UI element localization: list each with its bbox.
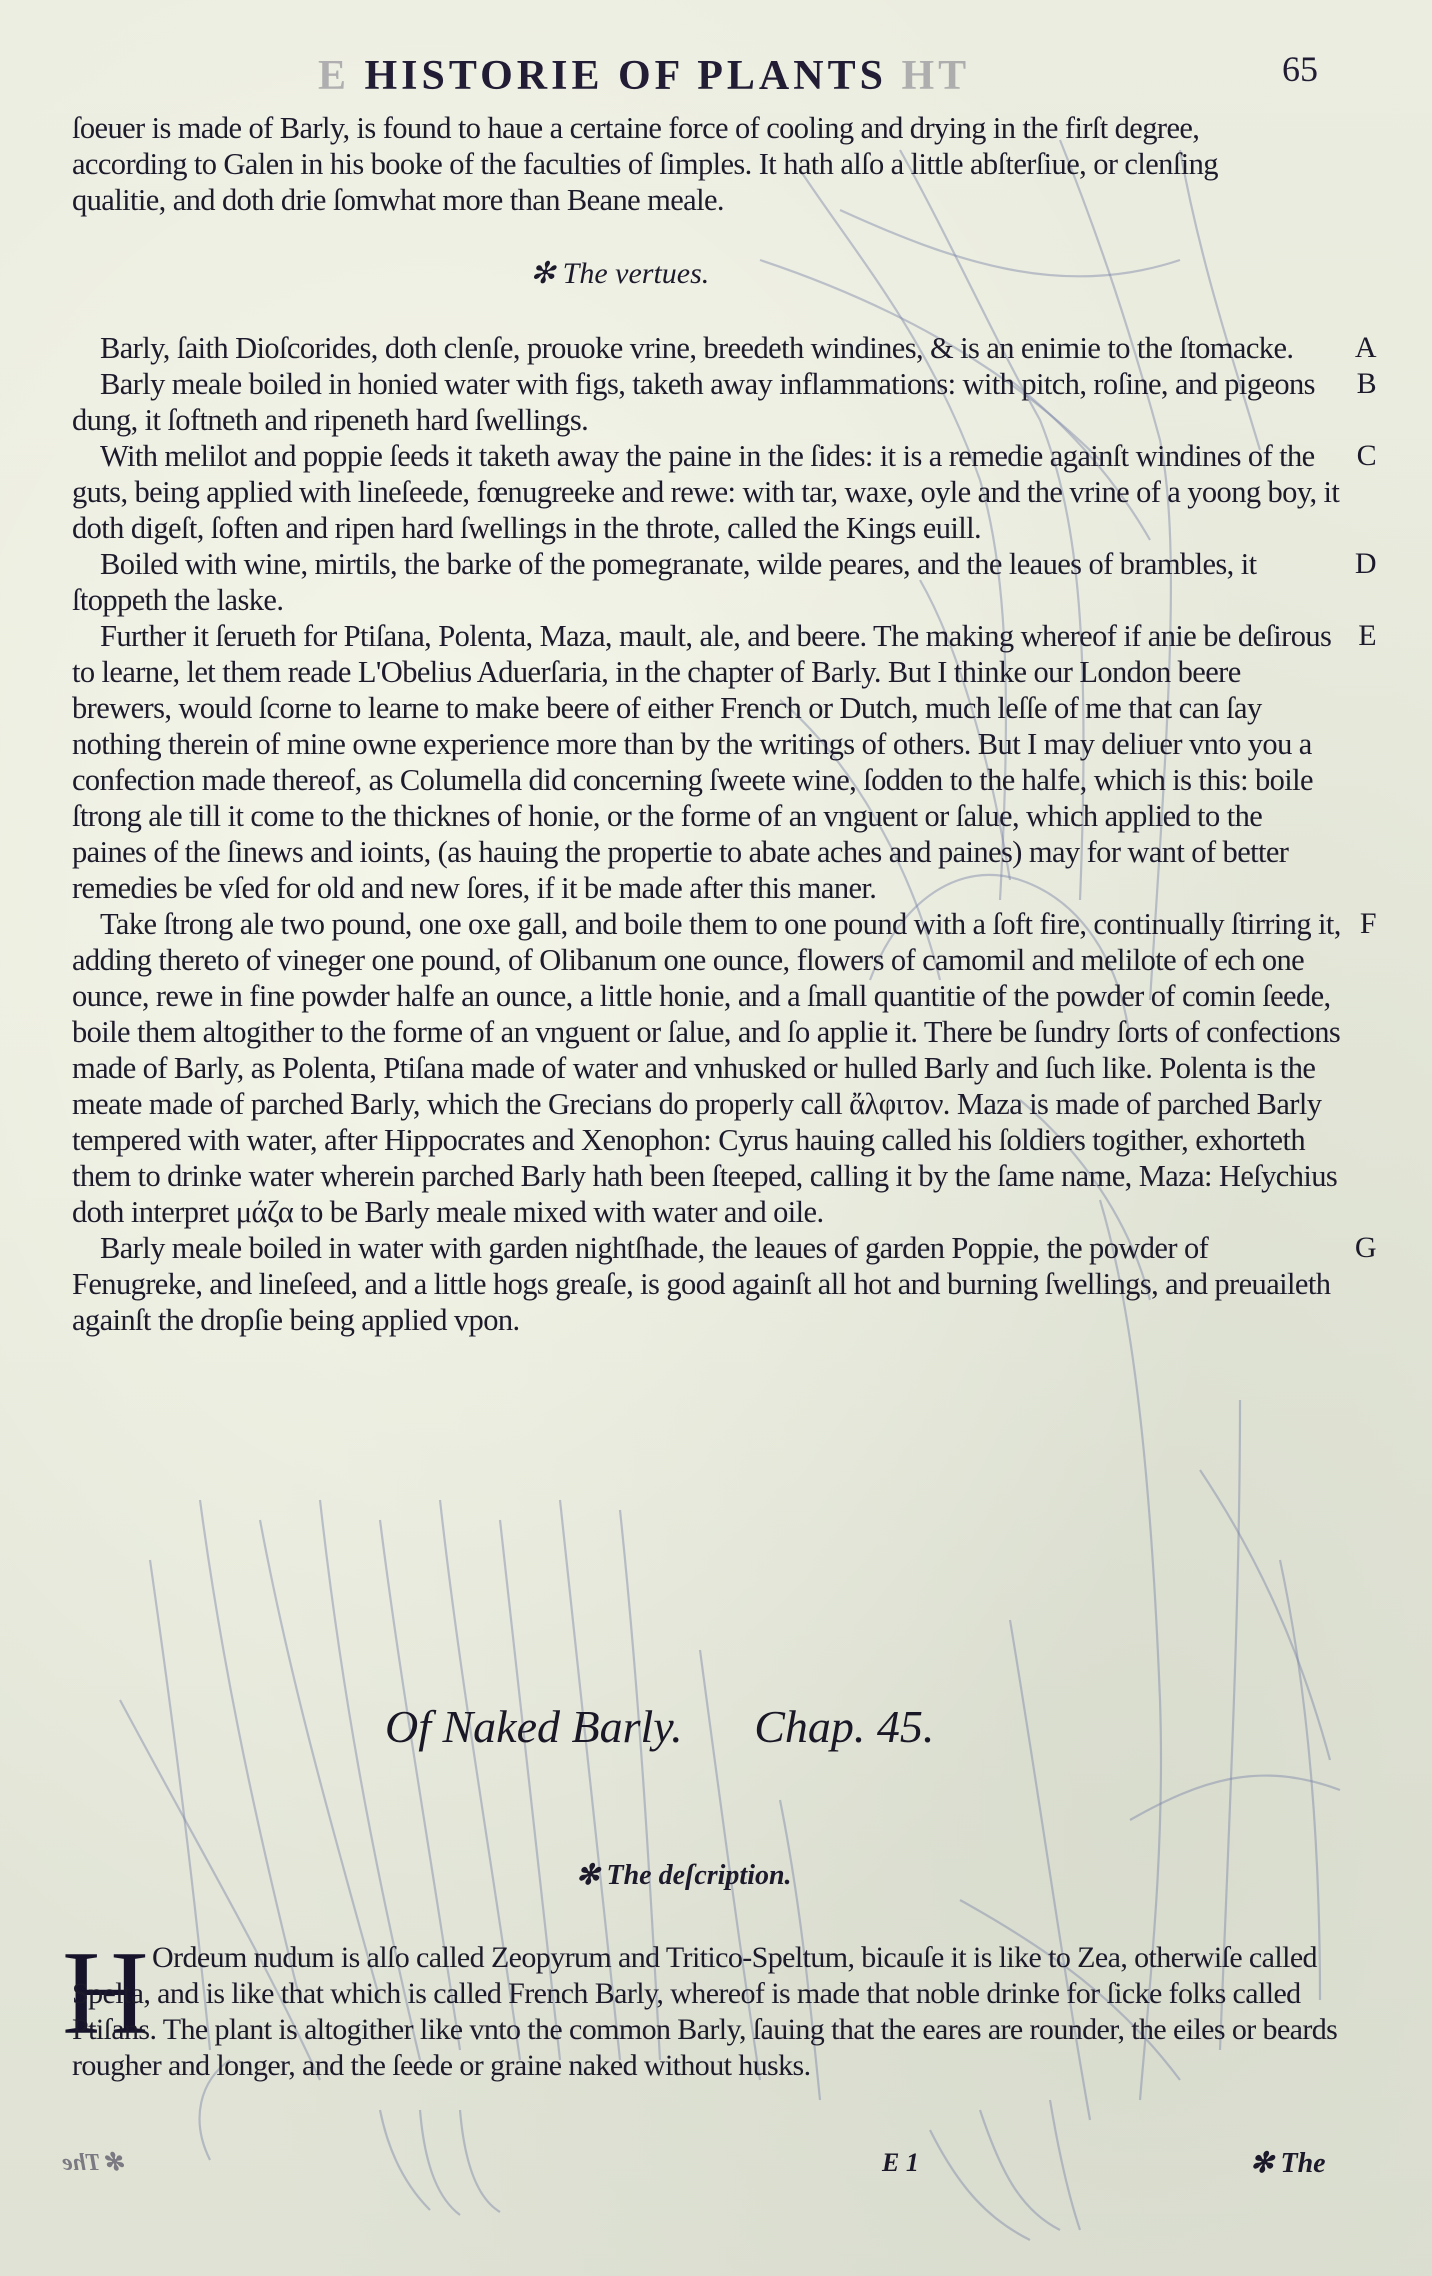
vertue-paragraph-c: With melilot and poppie ſeeds it taketh …: [72, 438, 1342, 546]
margin-letter-a: A: [1355, 330, 1376, 366]
vertue-paragraph-d: Boiled with wine, mirtils, the barke of …: [72, 546, 1342, 618]
vertue-paragraph-a: Barly, ſaith Dioſcorides, doth clenſe, p…: [72, 330, 1342, 366]
vertue-text-f: Take ſtrong ale two pound, one oxe gall,…: [72, 907, 1341, 1229]
chapter-title: Of Naked Barly. Chap. 45.: [385, 1700, 934, 1753]
catchword: ✻ The: [1250, 2146, 1326, 2180]
vertues-section: Barly, ſaith Dioſcorides, doth clenſe, p…: [72, 330, 1342, 1338]
margin-letter-e: E: [1358, 618, 1376, 654]
opening-line-3: qualitie, and doth drie ſomwhat more tha…: [72, 182, 1342, 218]
chapter-title-text: Of Naked Barly.: [385, 1701, 683, 1752]
description-text: Ordeum nudum is alſo called Zeopyrum and…: [72, 1940, 1342, 2084]
vertue-paragraph-e: Further it ſerueth for Ptiſana, Polenta,…: [72, 618, 1342, 906]
book-page: E HISTORIE OF PLANTS HT 65 ſoeuer is mad…: [0, 0, 1432, 2276]
signature-mark: E 1: [882, 2148, 919, 2178]
description-paragraph: Ordeum nudum is alſo called Zeopyrum and…: [72, 1940, 1342, 2084]
vertue-text-c: With melilot and poppie ſeeds it taketh …: [72, 439, 1339, 545]
section-heading-vertues: ✻ The vertues.: [530, 256, 709, 291]
margin-letter-b: B: [1357, 366, 1376, 402]
chapter-number: Chap. 45.: [754, 1701, 934, 1752]
running-head-title: HISTORIE OF PLANTS: [365, 53, 887, 99]
running-head: E HISTORIE OF PLANTS HT: [318, 52, 970, 100]
vertue-text-b: Barly meale boiled in honied water with …: [72, 367, 1315, 437]
vertue-paragraph-f: Take ſtrong ale two pound, one oxe gall,…: [72, 906, 1342, 1230]
margin-letter-g: G: [1355, 1230, 1376, 1266]
margin-letter-f: F: [1360, 906, 1376, 942]
section-heading-description: ✻ The deſcription.: [576, 1858, 792, 1892]
vertue-text-d: Boiled with wine, mirtils, the barke of …: [72, 547, 1256, 617]
vertue-paragraph-g: Barly meale boiled in water with garden …: [72, 1230, 1342, 1338]
vertue-text-e: Further it ſerueth for Ptiſana, Polenta,…: [72, 619, 1331, 905]
opening-paragraph: ſoeuer is made of Barly, is found to hau…: [72, 110, 1342, 218]
margin-letter-d: D: [1355, 546, 1376, 582]
running-head-bleed-right: HT: [901, 53, 970, 99]
vertue-text-a: Barly, ſaith Dioſcorides, doth clenſe, p…: [100, 331, 1293, 365]
opening-line-1: ſoeuer is made of Barly, is found to hau…: [72, 110, 1342, 146]
running-head-bleed-left: E: [318, 53, 350, 99]
opening-line-2: according to Galen in his booke of the f…: [72, 146, 1342, 182]
vertue-text-g: Barly meale boiled in water with garden …: [72, 1231, 1330, 1337]
page-number: 65: [1282, 48, 1318, 90]
vertue-paragraph-b: Barly meale boiled in honied water with …: [72, 366, 1342, 438]
bleed-through-catchword: ✻ The: [62, 2148, 127, 2177]
margin-letter-c: C: [1357, 438, 1376, 474]
